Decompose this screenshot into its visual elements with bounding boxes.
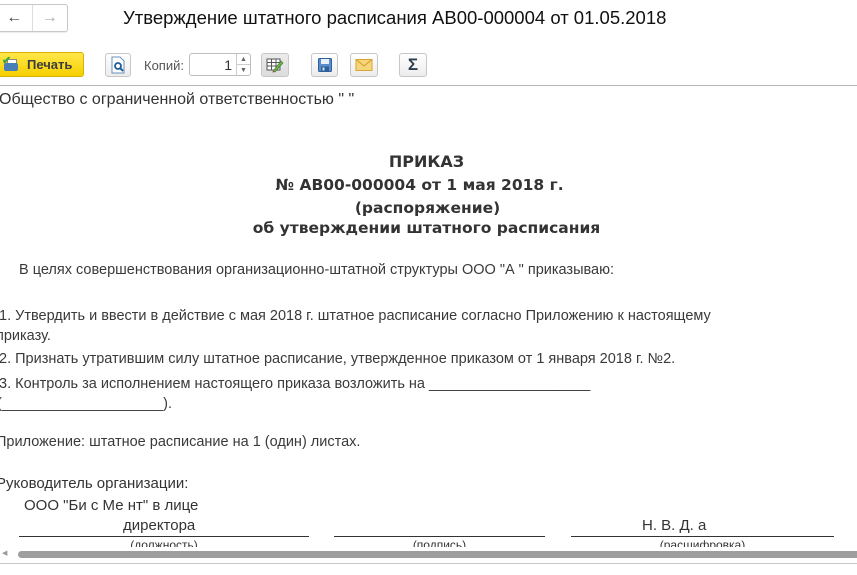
order-kind: (распоряжение) xyxy=(0,199,856,217)
order-subject: об утверждении штатного расписания xyxy=(0,219,855,237)
copies-stepper: ▲ ▼ xyxy=(189,53,251,76)
signatory-company: ООО "Би с Ме нт" в лице xyxy=(24,497,198,514)
order-item-3: 3. Контроль за исполнением настоящего пр… xyxy=(0,376,590,392)
preview-icon xyxy=(110,56,126,74)
signatory-position: директора xyxy=(123,517,195,534)
arrow-right-icon: → xyxy=(42,9,58,27)
order-item-3-continued: (____________________). xyxy=(0,396,172,412)
window-title: Утверждение штатного расписания АВ00-000… xyxy=(123,7,666,29)
signature-line xyxy=(334,536,545,537)
position-signature-line xyxy=(19,536,309,537)
save-button[interactable] xyxy=(311,53,338,77)
printer-icon: ✔ xyxy=(3,57,19,73)
navigation-buttons: ← → xyxy=(0,4,68,32)
send-email-button[interactable] xyxy=(350,53,378,77)
copies-decrement-button[interactable]: ▼ xyxy=(237,65,250,75)
preview-button[interactable] xyxy=(105,53,131,77)
order-item-1-continued: приказу. xyxy=(0,328,51,344)
scrollbar-thumb[interactable] xyxy=(18,551,857,558)
mail-icon xyxy=(355,58,373,72)
horizontal-scrollbar[interactable]: ◀ xyxy=(0,549,857,559)
save-icon xyxy=(317,57,333,73)
signatory-name: Н. В. Д. а xyxy=(642,517,706,534)
copies-increment-button[interactable]: ▲ xyxy=(237,54,250,65)
back-button[interactable]: ← xyxy=(0,5,33,31)
sum-icon: Σ xyxy=(408,55,418,75)
decoding-signature-line xyxy=(571,536,834,537)
bottom-border xyxy=(0,563,857,564)
order-intro: В целях совершенствования организационно… xyxy=(19,262,614,278)
arrow-left-icon: ← xyxy=(6,9,22,27)
appendix-note: Приложение: штатное расписание на 1 (оди… xyxy=(0,434,360,450)
decoding-caption: (расшифровка) xyxy=(571,539,834,547)
sum-button[interactable]: Σ xyxy=(399,53,427,77)
position-caption: (должность) xyxy=(19,539,309,547)
signature-caption: (подпись) xyxy=(334,539,545,547)
edit-table-icon xyxy=(266,57,284,73)
order-item-1: 1. Утвердить и ввести в действие с мая 2… xyxy=(0,308,711,324)
manager-label: Руководитель организации: xyxy=(0,475,188,492)
spreadsheet-document[interactable]: Общество с ограниченной ответственностью… xyxy=(0,86,857,546)
print-button[interactable]: ✔ Печать xyxy=(0,52,84,77)
order-number: № АВ00-000004 от 1 мая 2018 г. xyxy=(0,176,848,194)
edit-document-toggle[interactable] xyxy=(261,53,289,77)
order-item-2: 2. Признать утратившим силу штатное расп… xyxy=(0,351,675,367)
order-title: ПРИКАЗ xyxy=(0,152,855,171)
print-button-label: Печать xyxy=(27,57,72,72)
forward-button[interactable]: → xyxy=(33,5,68,31)
copies-label: Копий: xyxy=(144,58,184,73)
organization-name: Общество с ограниченной ответственностью… xyxy=(0,91,354,109)
copies-input[interactable] xyxy=(190,54,236,75)
scroll-left-icon[interactable]: ◀ xyxy=(2,549,7,557)
